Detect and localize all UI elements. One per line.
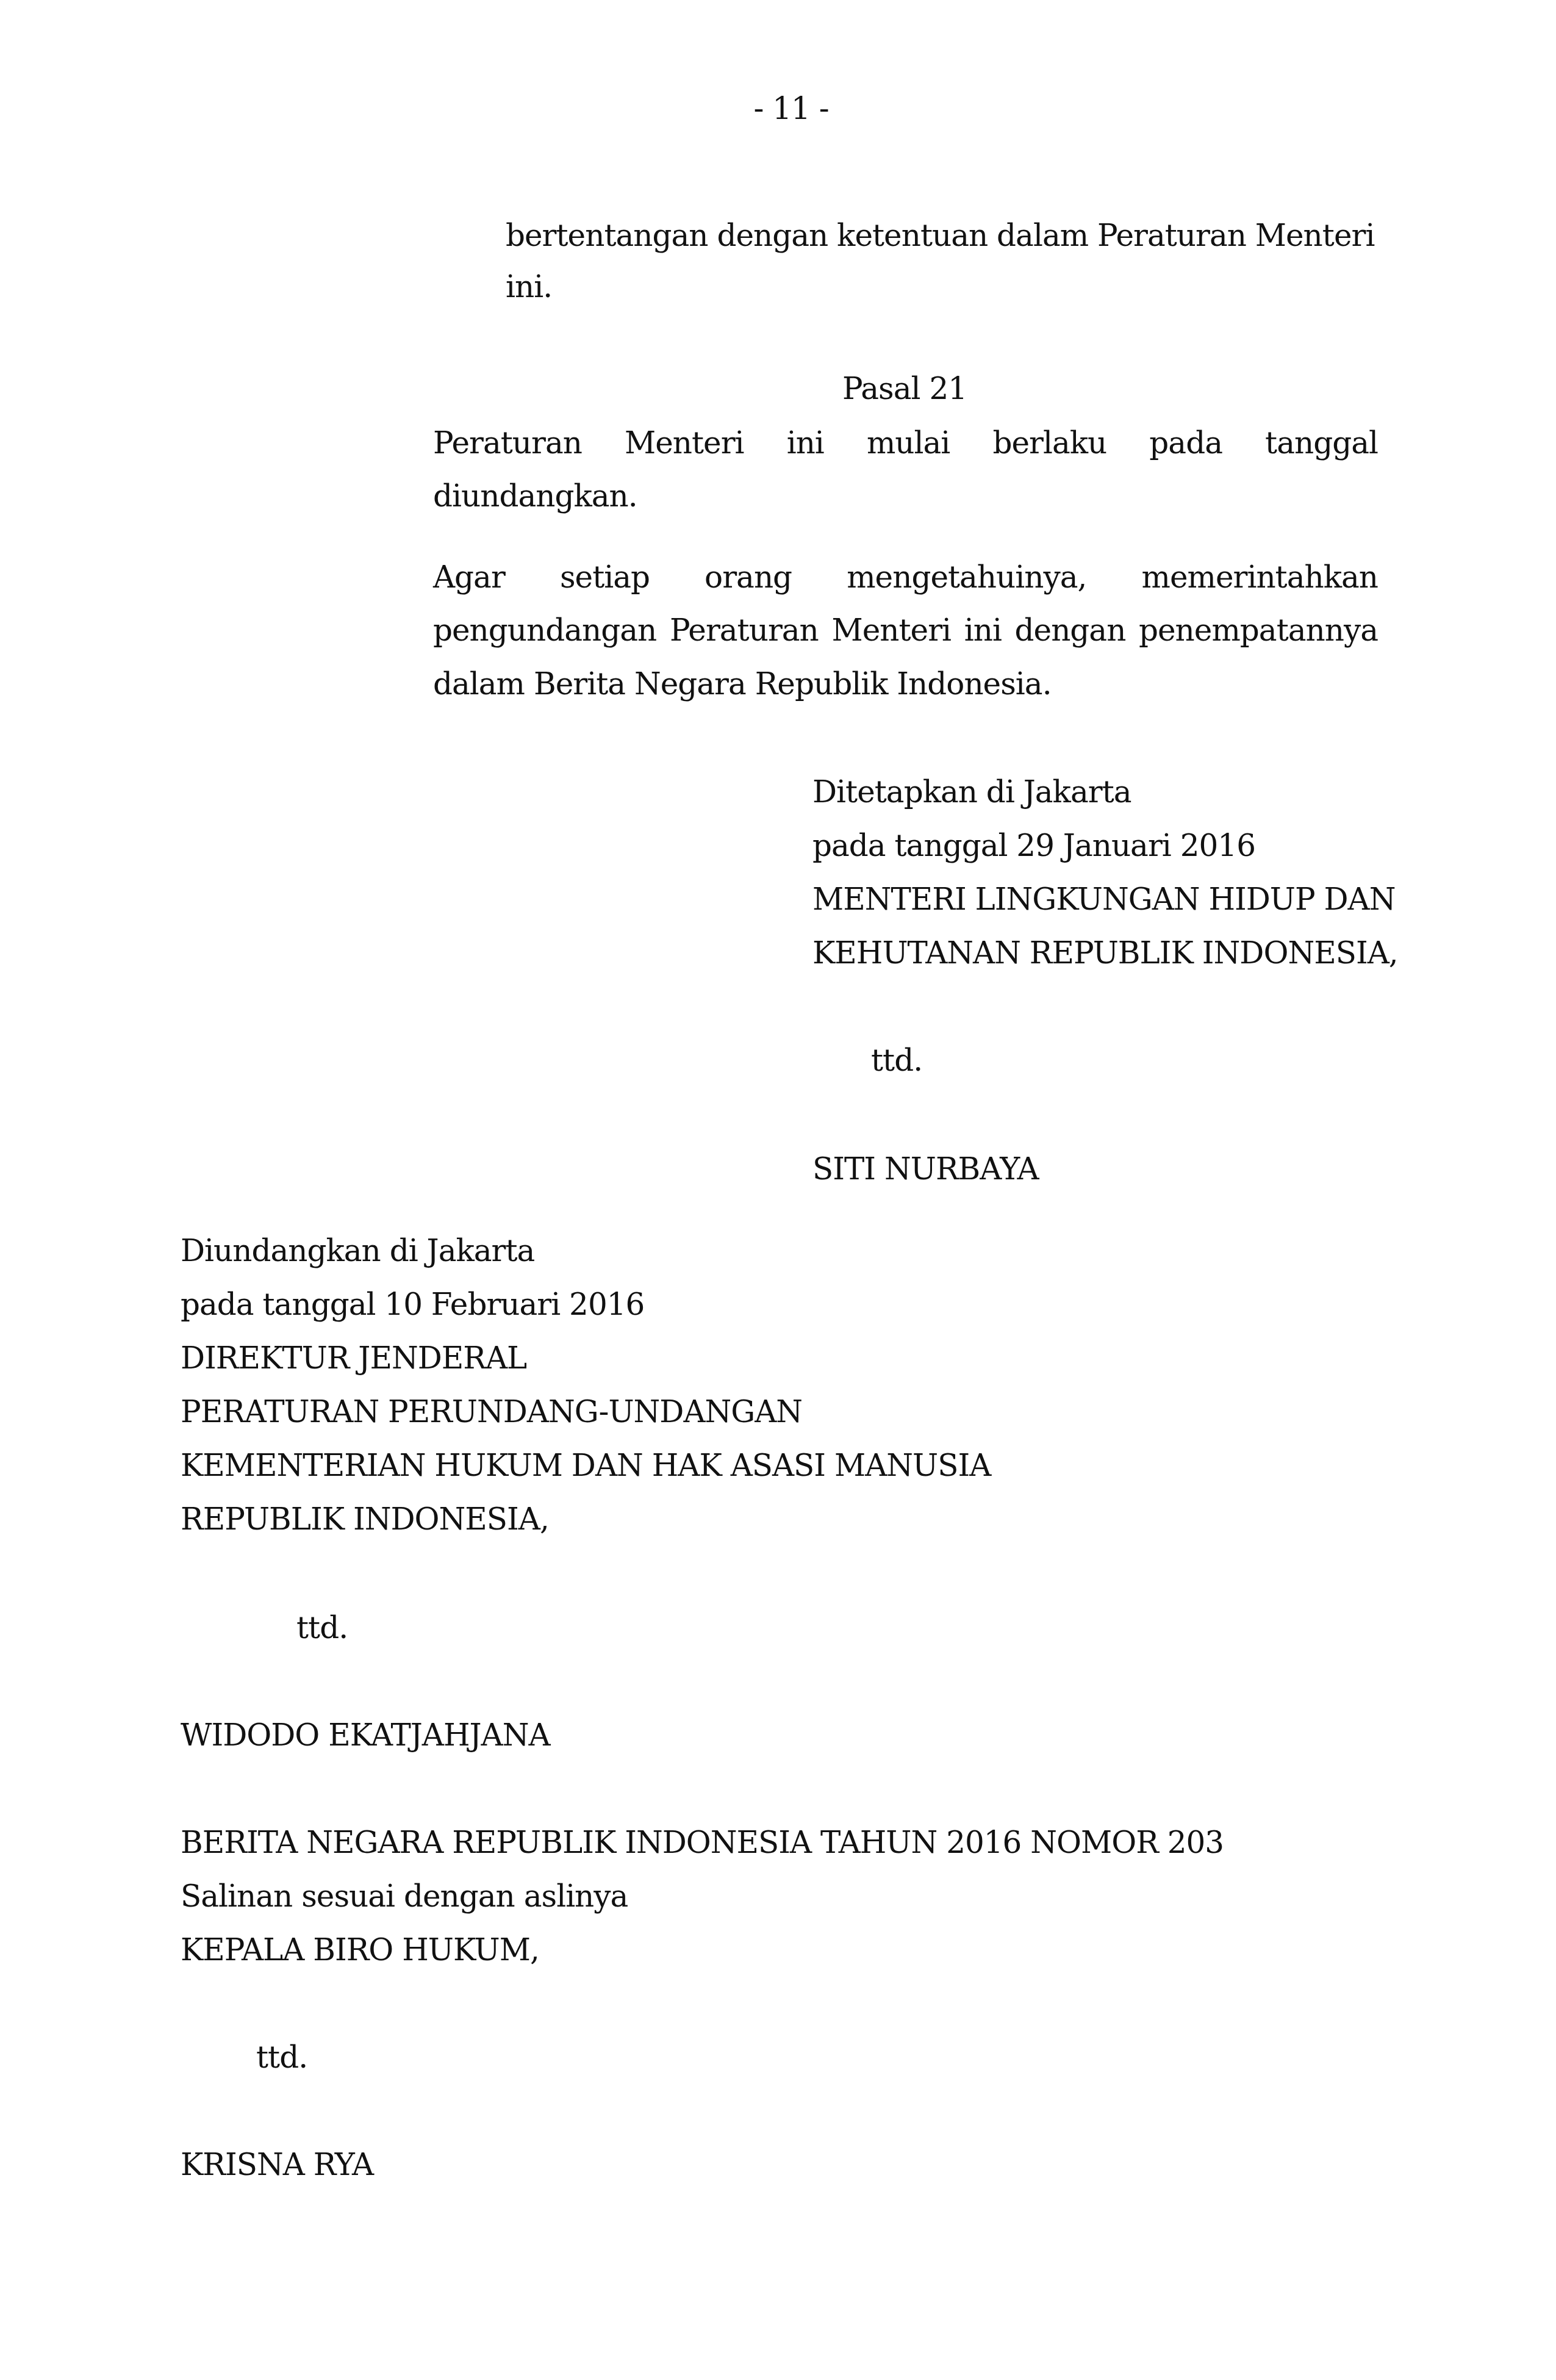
enactment-title-line-2: KEHUTANAN REPUBLIK INDONESIA,: [812, 935, 1398, 971]
promulgation-title-line-2: PERATURAN PERUNDANG-UNDANGAN: [181, 1393, 802, 1430]
certified-copy-signed: ttd.: [256, 2039, 307, 2076]
promulgation-title-line-3: KEMENTERIAN HUKUM DAN HAK ASASI MANUSIA: [181, 1447, 991, 1484]
enactment-title-line-1: MENTERI LINGKUNGAN HIDUP DAN: [812, 881, 1395, 918]
article-paragraph-2-line-2: pengundangan Peraturan Menteri ini denga…: [433, 612, 1378, 649]
article-heading: Pasal 21: [842, 370, 967, 407]
continuation-line-1: bertentangan dengan ketentuan dalam Pera…: [506, 217, 1374, 254]
promulgation-title-line-1: DIREKTUR JENDERAL: [181, 1340, 526, 1376]
enactment-signatory-name: SITI NURBAYA: [812, 1151, 1039, 1187]
article-paragraph-1-line-2: diundangkan.: [433, 478, 637, 514]
page-number: - 11 -: [753, 90, 828, 127]
gazette-reference: BERITA NEGARA REPUBLIK INDONESIA TAHUN 2…: [181, 1824, 1224, 1861]
certified-copy-title: KEPALA BIRO HUKUM,: [181, 1932, 539, 1968]
promulgation-signed: ttd.: [296, 1609, 348, 1646]
article-paragraph-2-line-3: dalam Berita Negara Republik Indonesia.: [433, 666, 1052, 702]
promulgation-title-line-4: REPUBLIK INDONESIA,: [181, 1501, 549, 1537]
certified-copy-note: Salinan sesuai dengan aslinya: [181, 1878, 628, 1914]
promulgation-signatory-name: WIDODO EKATJAHJANA: [181, 1717, 550, 1753]
promulgation-place: Diundangkan di Jakarta: [181, 1232, 534, 1269]
continuation-line-2: ini.: [506, 268, 552, 305]
enactment-date: pada tanggal 29 Januari 2016: [812, 827, 1255, 864]
promulgation-date: pada tanggal 10 Februari 2016: [181, 1286, 644, 1323]
article-paragraph-1-line-1: Peraturan Menteri ini mulai berlaku pada…: [433, 425, 1378, 461]
certified-copy-signatory-name: KRISNA RYA: [181, 2146, 373, 2183]
enactment-signed: ttd.: [871, 1042, 922, 1079]
article-paragraph-2-line-1: Agar setiap orang mengetahuinya, memerin…: [433, 559, 1378, 595]
enactment-place: Ditetapkan di Jakarta: [812, 774, 1131, 810]
document-page: - 11 - bertentangan dengan ketentuan dal…: [0, 0, 1556, 2380]
